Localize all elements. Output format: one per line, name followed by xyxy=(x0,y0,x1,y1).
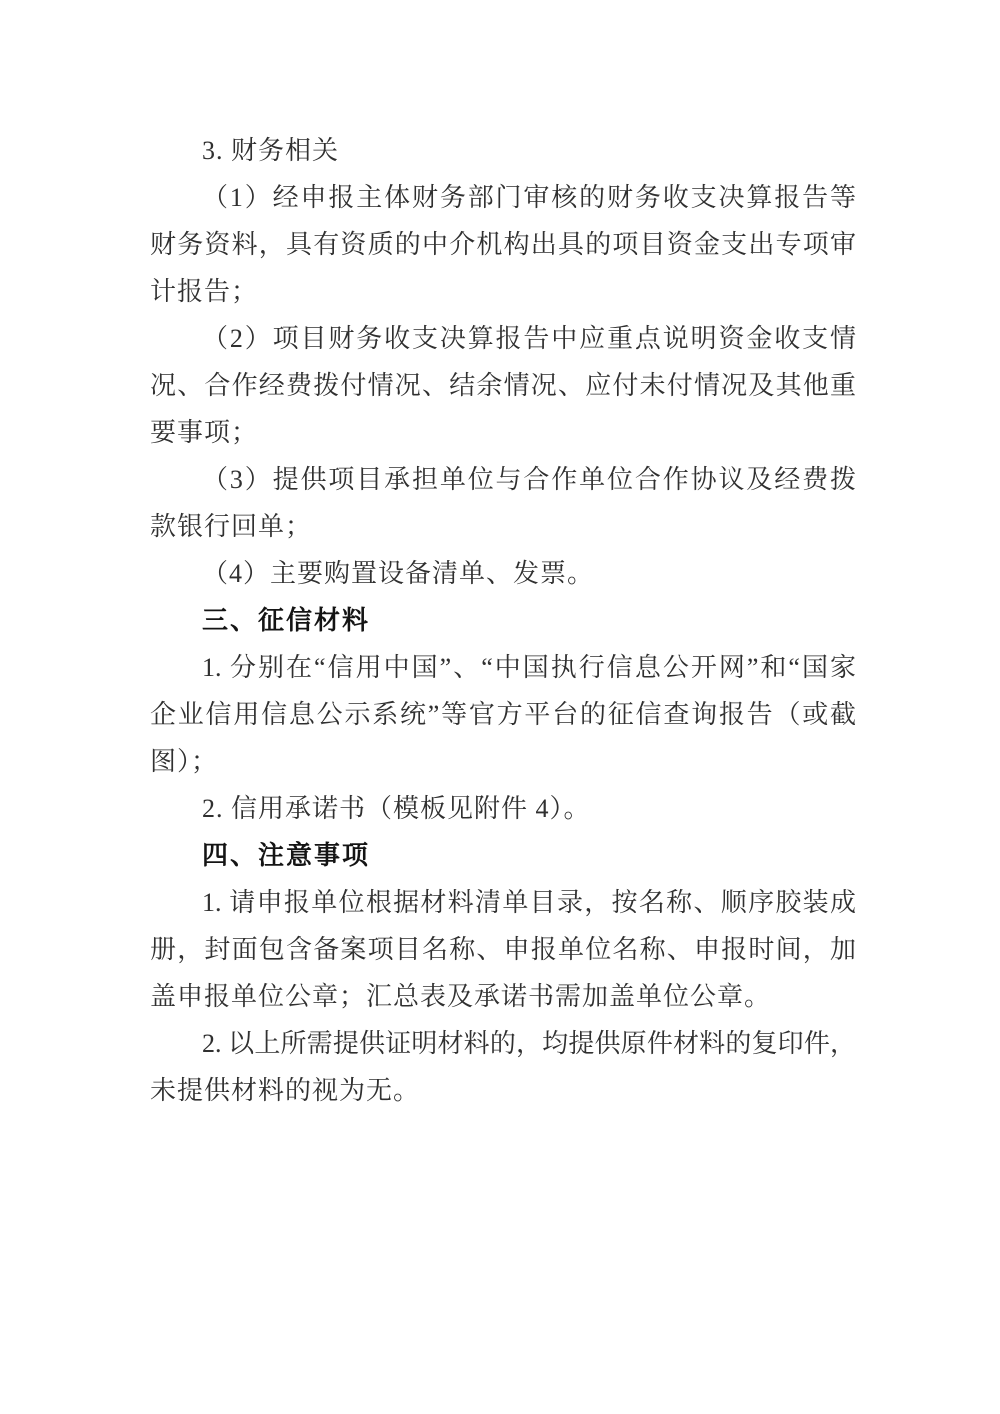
document-text-block: 3. 财务相关 （1）经申报主体财务部门审核的财务收支决算报告等 财务资料，具有… xyxy=(150,127,856,1114)
finance-para-4-line-1: （4）主要购置设备清单、发票。 xyxy=(150,550,856,597)
finance-para-1-line-3: 计报告； xyxy=(150,268,856,315)
finance-para-3-line-1: （3）提供项目承担单位与合作单位合作协议及经费拨 xyxy=(150,456,856,503)
finance-section-item-heading: 3. 财务相关 xyxy=(150,127,856,174)
notes-para-2-line-1: 2. 以上所需提供证明材料的，均提供原件材料的复印件， xyxy=(150,1020,856,1067)
section-heading-notes: 四、注意事项 xyxy=(150,832,856,879)
notes-para-2-line-2: 未提供材料的视为无。 xyxy=(150,1067,856,1114)
credit-para-1-line-3: 图）； xyxy=(150,738,856,785)
finance-para-1-line-2: 财务资料，具有资质的中介机构出具的项目资金支出专项审 xyxy=(150,221,856,268)
notes-para-1-line-2: 册，封面包含备案项目名称、申报单位名称、申报时间，加 xyxy=(150,926,856,973)
notes-para-1-line-1: 1. 请申报单位根据材料清单目录，按名称、顺序胶装成 xyxy=(150,879,856,926)
finance-para-3-line-2: 款银行回单； xyxy=(150,503,856,550)
finance-para-2-line-1: （2）项目财务收支决算报告中应重点说明资金收支情 xyxy=(150,315,856,362)
credit-para-2-line-1: 2. 信用承诺书（模板见附件 4）。 xyxy=(150,785,856,832)
finance-para-1-line-1: （1）经申报主体财务部门审核的财务收支决算报告等 xyxy=(150,174,856,221)
document-page: 3. 财务相关 （1）经申报主体财务部门审核的财务收支决算报告等 财务资料，具有… xyxy=(0,0,1000,1414)
section-heading-credit-materials: 三、征信材料 xyxy=(150,597,856,644)
finance-para-2-line-2: 况、合作经费拨付情况、结余情况、应付未付情况及其他重 xyxy=(150,362,856,409)
credit-para-1-line-1: 1. 分别在“信用中国”、“中国执行信息公开网”和“国家 xyxy=(150,644,856,691)
finance-para-2-line-3: 要事项； xyxy=(150,409,856,456)
credit-para-1-line-2: 企业信用信息公示系统”等官方平台的征信查询报告（或截 xyxy=(150,691,856,738)
notes-para-1-line-3: 盖申报单位公章；汇总表及承诺书需加盖单位公章。 xyxy=(150,973,856,1020)
